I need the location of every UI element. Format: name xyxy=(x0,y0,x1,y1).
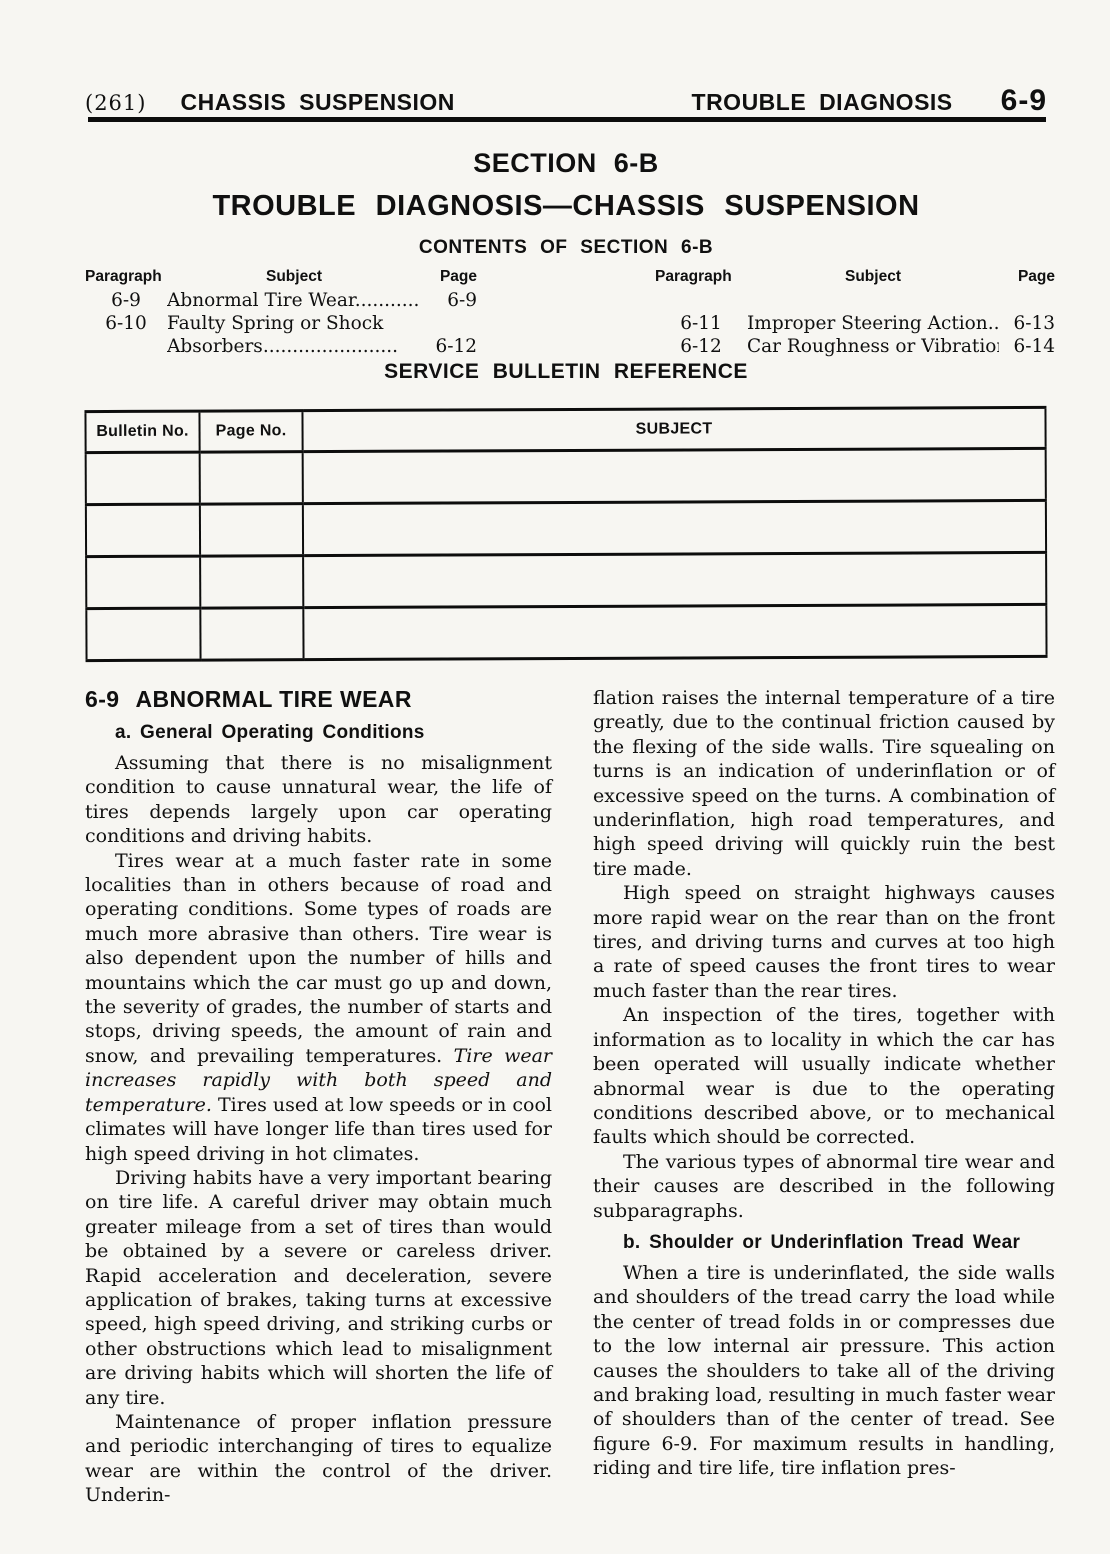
bulletin-empty-row xyxy=(86,500,1046,556)
bulletin-cell-empty xyxy=(303,500,1046,555)
contents-header-paragraph: Paragraph xyxy=(655,268,747,312)
bulletin-cell-empty xyxy=(303,604,1046,659)
bulletin-cell-empty xyxy=(200,452,303,504)
bulletin-cell-empty xyxy=(200,608,303,660)
paragraph-text: Tires wear at a much faster rate in some… xyxy=(85,850,552,1067)
bulletin-cell-empty xyxy=(86,556,200,608)
bulletin-cell-empty xyxy=(200,556,303,608)
contents-header-paragraph: Paragraph xyxy=(85,268,167,289)
toc-subject-text: Absorbers xyxy=(167,336,263,357)
toc-entry-paragraph xyxy=(85,335,167,358)
paragraph: When a tire is underinflated, the side w… xyxy=(593,1261,1055,1481)
toc-entry-page: 6-12 xyxy=(421,335,477,358)
toc-entry-page: 6-9 xyxy=(421,289,477,312)
contents-header-page: Page xyxy=(999,268,1055,312)
paragraph: Maintenance of proper inflation pressure… xyxy=(85,1410,552,1508)
article-heading-number: 6-9 xyxy=(85,686,119,712)
toc-leader-dots: ....................... xyxy=(263,336,398,357)
toc-entry-paragraph: 6-9 xyxy=(85,289,167,312)
toc-entry-subject: Car Roughness or Vibration...... xyxy=(747,335,999,358)
bulletin-title: SERVICE BULLETIN REFERENCE xyxy=(85,360,1047,384)
toc-leader-dots: ............ xyxy=(355,290,421,311)
toc-subject-text: Car Roughness or Vibration xyxy=(747,336,999,357)
toc-entry-page xyxy=(421,312,477,335)
subsection-heading-a: a. General Operating Conditions xyxy=(115,722,552,744)
bulletin-cell-empty xyxy=(86,504,200,556)
bulletin-empty-row xyxy=(86,448,1046,504)
toc-entry-paragraph: 6-10 xyxy=(85,312,167,335)
contents-title: CONTENTS OF SECTION 6-B xyxy=(85,237,1047,259)
paragraph: Driving habits have a very important bea… xyxy=(85,1166,552,1410)
toc-entry-paragraph: 6-11 xyxy=(655,312,747,335)
toc-subject-text: Improper Steering Action xyxy=(747,313,988,334)
bulletin-empty-row xyxy=(86,604,1046,660)
subject-header: SUBJECT xyxy=(302,407,1045,451)
article-left-column: 6-9ABNORMAL TIRE WEAR a. General Operati… xyxy=(85,686,552,1508)
toc-entry-subject: Faulty Spring or Shock xyxy=(167,312,421,335)
manual-page: (261) CHASSIS SUSPENSION TROUBLE DIAGNOS… xyxy=(0,0,1110,1554)
running-head-right: TROUBLE DIAGNOSIS 6-9 xyxy=(692,84,1047,118)
paragraph: The various types of abnormal tire wear … xyxy=(593,1150,1055,1223)
bulletin-cell-empty xyxy=(303,552,1046,607)
header-rule xyxy=(88,117,1046,122)
article-heading: 6-9ABNORMAL TIRE WEAR xyxy=(85,686,552,713)
bulletin-cell-empty xyxy=(200,504,303,556)
paragraph: flation raises the internal temperature … xyxy=(593,686,1055,881)
toc-entry-page: 6-14 xyxy=(999,335,1055,358)
toc-entry-subject: Improper Steering Action........ xyxy=(747,312,999,335)
section-title: SECTION 6-B xyxy=(85,148,1047,179)
page-folio: (261) xyxy=(85,91,146,115)
contents-left-column: Paragraph Subject Page 6-9 Abnormal Tire… xyxy=(85,268,477,358)
article-heading-title: ABNORMAL TIRE WEAR xyxy=(135,686,411,712)
paragraph: An inspection of the tires, together wit… xyxy=(593,1003,1055,1149)
bulletin-header-row: Bulletin No. Page No. SUBJECT xyxy=(85,407,1045,452)
toc-entry-subject: Abnormal Tire Wear............ xyxy=(167,289,421,312)
service-bulletin-table: Bulletin No. Page No. SUBJECT xyxy=(84,406,1047,662)
running-head-left-title: CHASSIS SUSPENSION xyxy=(180,89,454,116)
toc-entry-page: 6-13 xyxy=(999,312,1055,335)
bulletin-no-header: Bulletin No. xyxy=(85,411,199,452)
contents-header-subject: Subject xyxy=(167,268,421,289)
contents-right-column: Paragraph Subject Page 6-11 Improper Ste… xyxy=(655,268,1055,358)
paragraph: Tires wear at a much faster rate in some… xyxy=(85,849,552,1166)
paragraph: High speed on straight highways causes m… xyxy=(593,881,1055,1003)
toc-entry-paragraph: 6-12 xyxy=(655,335,747,358)
toc-subject-text: Faulty Spring or Shock xyxy=(167,313,383,334)
main-title: TROUBLE DIAGNOSIS—CHASSIS SUSPENSION xyxy=(85,190,1047,223)
paragraph: Assuming that there is no misalignment c… xyxy=(85,751,552,849)
subsection-heading-b: b. Shoulder or Underinflation Tread Wear xyxy=(623,1232,1055,1254)
toc-subject-text: Abnormal Tire Wear xyxy=(167,290,355,311)
bulletin-cell-empty xyxy=(86,452,200,504)
contents-header-page: Page xyxy=(421,268,477,289)
contents-listing: Paragraph Subject Page 6-9 Abnormal Tire… xyxy=(85,268,1055,358)
contents-header-subject: Subject xyxy=(747,268,999,312)
toc-leader-dots: ........ xyxy=(988,313,999,334)
article-right-column: flation raises the internal temperature … xyxy=(593,686,1055,1481)
bulletin-cell-empty xyxy=(86,608,200,660)
page-code: 6-9 xyxy=(1001,84,1047,118)
bulletin-cell-empty xyxy=(303,448,1046,503)
page-no-header: Page No. xyxy=(199,411,302,452)
bulletin-empty-row xyxy=(86,552,1046,608)
running-head-right-title: TROUBLE DIAGNOSIS xyxy=(692,89,953,116)
running-head-left: (261) CHASSIS SUSPENSION xyxy=(85,89,455,116)
running-head: (261) CHASSIS SUSPENSION TROUBLE DIAGNOS… xyxy=(85,84,1047,118)
toc-entry-subject: Absorbers....................... xyxy=(167,335,421,358)
